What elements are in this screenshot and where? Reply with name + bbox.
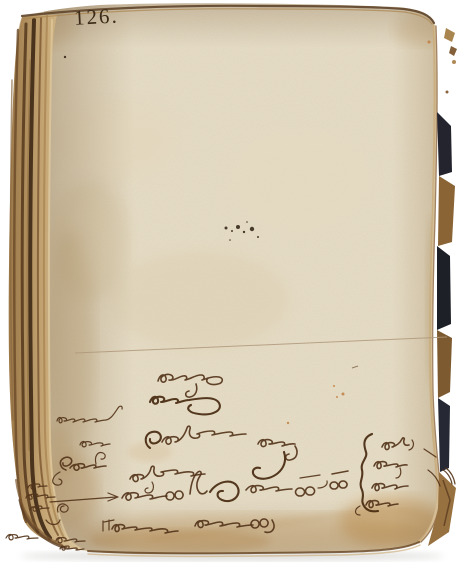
book-image: 126. [0,0,459,563]
manuscript-photo: 126. [0,0,459,563]
page-number: 126. [73,4,119,30]
paper-texture-and-stains [0,0,459,563]
